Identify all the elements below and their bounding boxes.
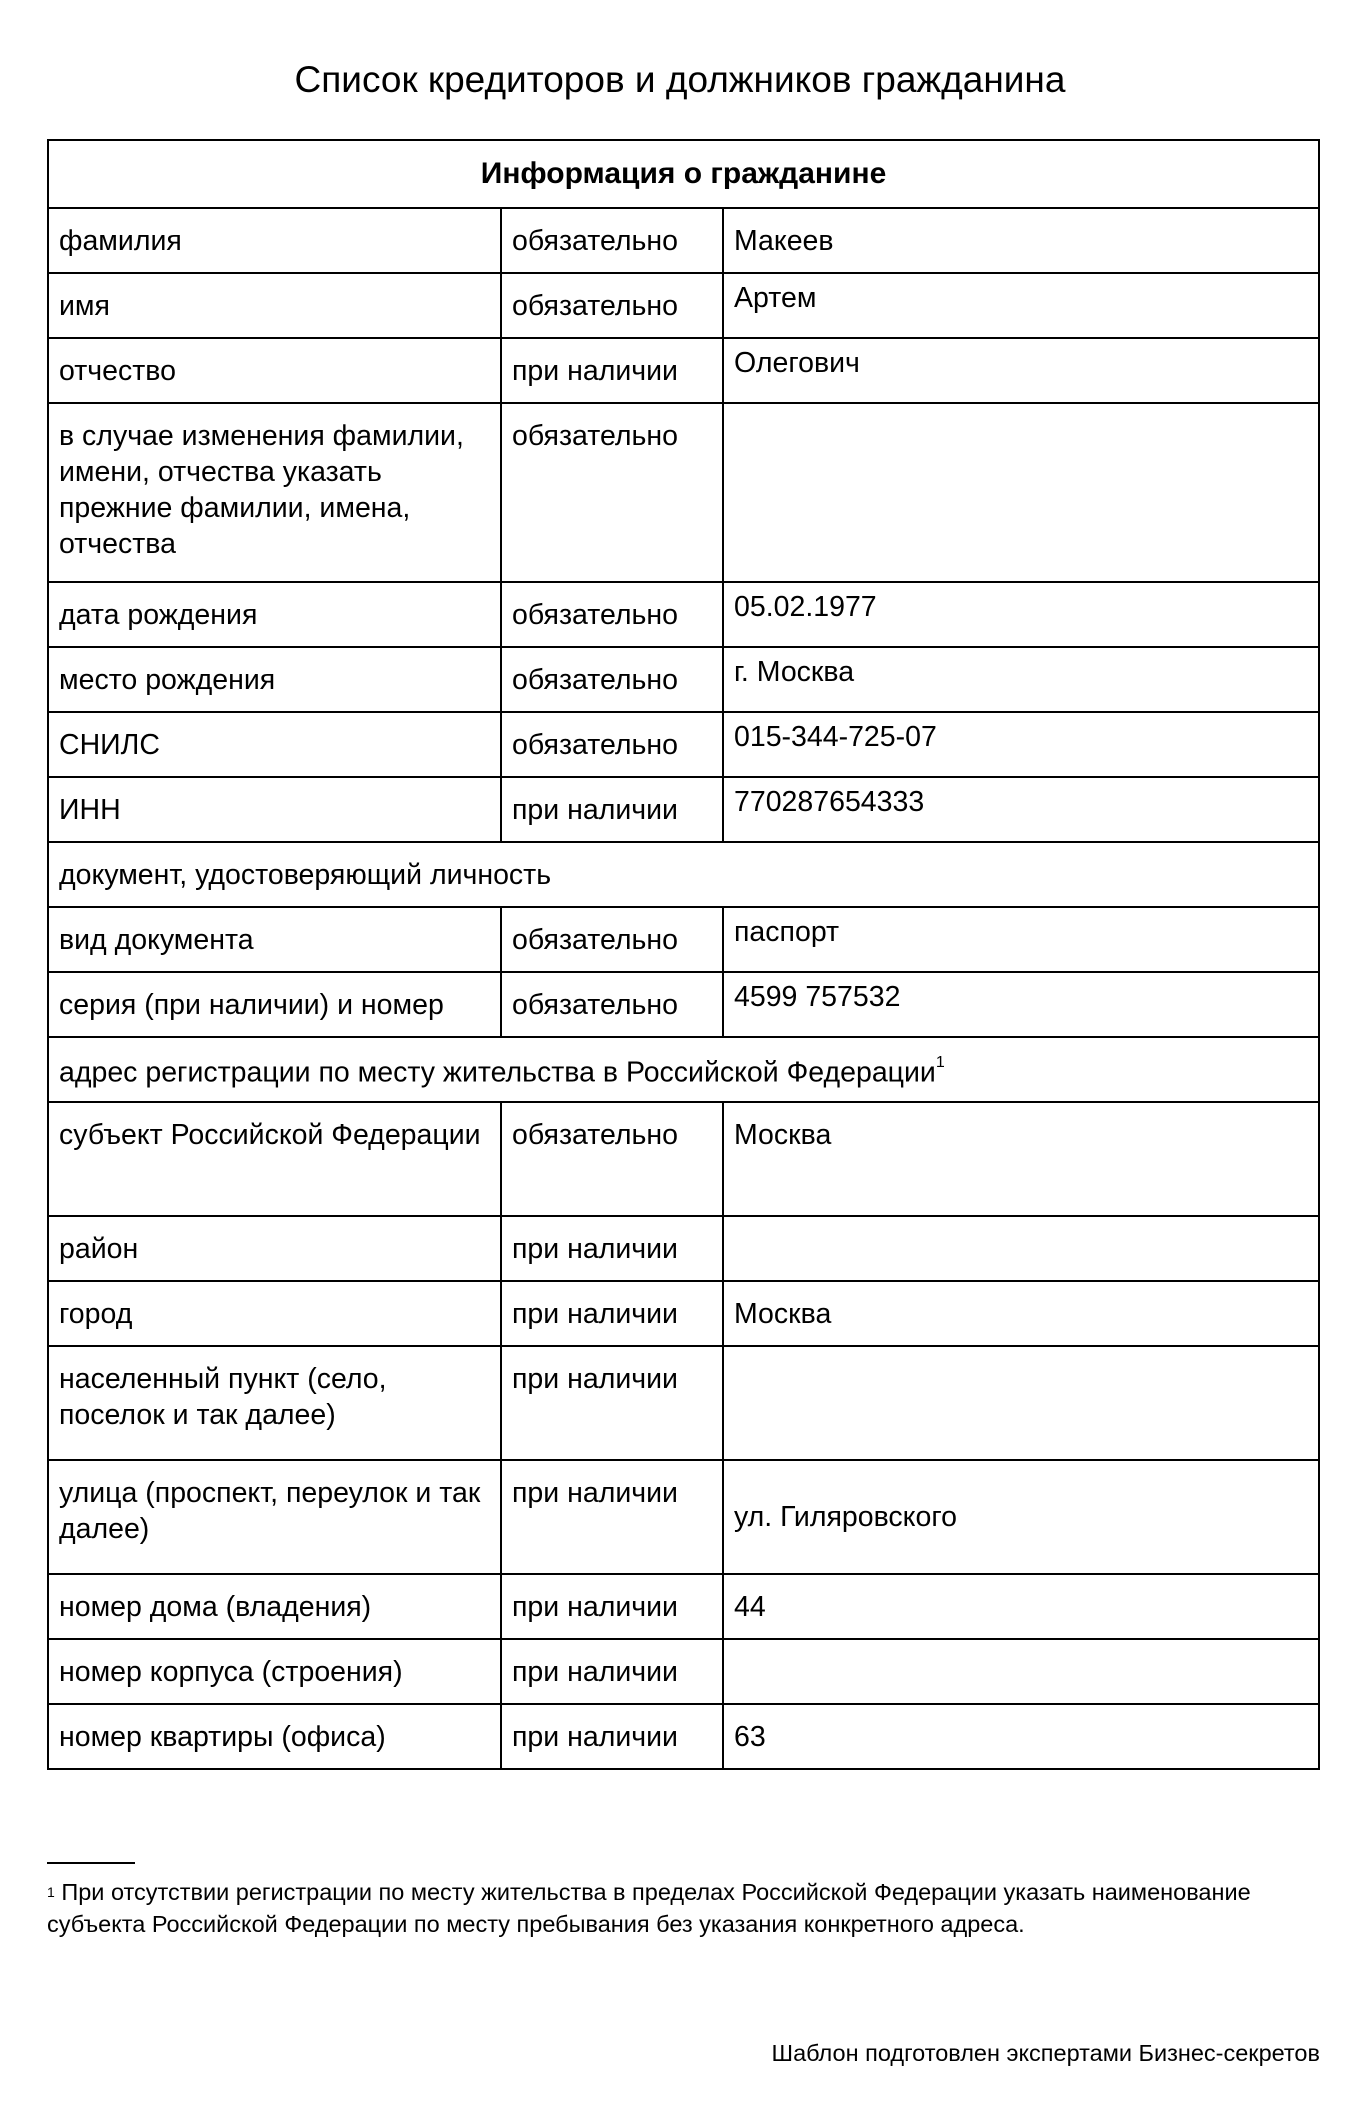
value-text: 015-344-725-07 xyxy=(734,721,937,753)
row-requirement: обязательно xyxy=(501,907,723,972)
row-label: субъект Российской Федерации xyxy=(48,1102,501,1216)
row-value-city[interactable]: Москва xyxy=(723,1281,1319,1346)
row-value-birth-date[interactable]: 05.02.1977 xyxy=(723,582,1319,647)
table-row: дата рождения обязательно 05.02.1977 xyxy=(48,582,1319,647)
row-value-previous-names[interactable] xyxy=(723,403,1319,582)
value-text: Олегович xyxy=(734,347,860,379)
row-label: номер квартиры (офиса) xyxy=(48,1704,501,1769)
row-label: СНИЛС xyxy=(48,712,501,777)
row-label: улица (проспект, переулок и так далее) xyxy=(48,1460,501,1574)
row-requirement: при наличии xyxy=(501,1704,723,1769)
table-row: в случае изменения фамилии, имени, отчес… xyxy=(48,403,1319,582)
value-text: 05.02.1977 xyxy=(734,591,877,623)
table-row: место рождения обязательно г. Москва xyxy=(48,647,1319,712)
value-text: 770287654333 xyxy=(734,786,924,818)
footnote-reference[interactable]: 1 xyxy=(936,1054,945,1071)
row-label: вид документа xyxy=(48,907,501,972)
row-requirement: при наличии xyxy=(501,1574,723,1639)
section-title-text: адрес регистрации по месту жительства в … xyxy=(59,1056,936,1088)
value-text: 4599 757532 xyxy=(734,981,900,1013)
row-requirement: обязательно xyxy=(501,208,723,273)
row-label: номер дома (владения) xyxy=(48,1574,501,1639)
row-value-inn[interactable]: 770287654333 xyxy=(723,777,1319,842)
footnote-marker: 1 xyxy=(47,1884,55,1900)
table-row: район при наличии xyxy=(48,1216,1319,1281)
row-value-region[interactable]: Москва xyxy=(723,1102,1319,1216)
footnote-separator xyxy=(47,1862,135,1864)
section-title-identity-document: документ, удостоверяющий личность xyxy=(48,842,1319,907)
row-value-document-number[interactable]: 4599 757532 xyxy=(723,972,1319,1037)
row-requirement: при наличии xyxy=(501,338,723,403)
table-row: улица (проспект, переулок и так далее) п… xyxy=(48,1460,1319,1574)
table-row: серия (при наличии) и номер обязательно … xyxy=(48,972,1319,1037)
row-label: фамилия xyxy=(48,208,501,273)
row-requirement: обязательно xyxy=(501,1102,723,1216)
row-label: дата рождения xyxy=(48,582,501,647)
row-label: имя xyxy=(48,273,501,338)
value-text: паспорт xyxy=(734,916,839,948)
row-value-document-type[interactable]: паспорт xyxy=(723,907,1319,972)
row-label: серия (при наличии) и номер xyxy=(48,972,501,1037)
row-value-apartment[interactable]: 63 xyxy=(723,1704,1319,1769)
table-row: субъект Российской Федерации обязательно… xyxy=(48,1102,1319,1216)
row-requirement: обязательно xyxy=(501,972,723,1037)
row-label: номер корпуса (строения) xyxy=(48,1639,501,1704)
row-value-birth-place[interactable]: г. Москва xyxy=(723,647,1319,712)
table-row: номер корпуса (строения) при наличии xyxy=(48,1639,1319,1704)
row-label: город xyxy=(48,1281,501,1346)
table-row: номер квартиры (офиса) при наличии 63 xyxy=(48,1704,1319,1769)
table-row: населенный пункт (село, поселок и так да… xyxy=(48,1346,1319,1460)
value-text: Артем xyxy=(734,282,816,314)
row-requirement: обязательно xyxy=(501,647,723,712)
row-value-street[interactable]: ул. Гиляровского xyxy=(723,1460,1319,1574)
table-row: ИНН при наличии 770287654333 xyxy=(48,777,1319,842)
row-value-first-name[interactable]: Артем xyxy=(723,273,1319,338)
row-requirement: при наличии xyxy=(501,1346,723,1460)
table-row: СНИЛС обязательно 015-344-725-07 xyxy=(48,712,1319,777)
section-title-address: адрес регистрации по месту жительства в … xyxy=(48,1037,1319,1102)
table-row: номер дома (владения) при наличии 44 xyxy=(48,1574,1319,1639)
row-value-snils[interactable]: 015-344-725-07 xyxy=(723,712,1319,777)
document-title: Список кредиторов и должников гражданина xyxy=(0,56,1360,104)
table-row: город при наличии Москва xyxy=(48,1281,1319,1346)
row-value-building[interactable] xyxy=(723,1639,1319,1704)
section-row: документ, удостоверяющий личность xyxy=(48,842,1319,907)
row-requirement: при наличии xyxy=(501,1639,723,1704)
footnote: 1 При отсутствии регистрации по месту жи… xyxy=(47,1878,1327,1939)
footnote-text: При отсутствии регистрации по месту жите… xyxy=(47,1879,1251,1937)
row-requirement: обязательно xyxy=(501,273,723,338)
row-requirement: при наличии xyxy=(501,1460,723,1574)
row-value-surname[interactable]: Макеев xyxy=(723,208,1319,273)
row-requirement: при наличии xyxy=(501,777,723,842)
section-row: адрес регистрации по месту жительства в … xyxy=(48,1037,1319,1102)
row-value-house[interactable]: 44 xyxy=(723,1574,1319,1639)
table-row: отчество при наличии Олегович xyxy=(48,338,1319,403)
row-label: в случае изменения фамилии, имени, отчес… xyxy=(48,403,501,582)
row-requirement: обязательно xyxy=(501,712,723,777)
row-requirement: при наличии xyxy=(501,1216,723,1281)
table-row: имя обязательно Артем xyxy=(48,273,1319,338)
table-row: фамилия обязательно Макеев xyxy=(48,208,1319,273)
row-value-district[interactable] xyxy=(723,1216,1319,1281)
row-value-settlement[interactable] xyxy=(723,1346,1319,1460)
table-row: вид документа обязательно паспорт xyxy=(48,907,1319,972)
value-text: г. Москва xyxy=(734,656,854,688)
table-header-row: Информация о гражданине xyxy=(48,140,1319,208)
template-credit: Шаблон подготовлен экспертами Бизнес-сек… xyxy=(772,2038,1320,2068)
row-label: район xyxy=(48,1216,501,1281)
row-label: место рождения xyxy=(48,647,501,712)
table-header: Информация о гражданине xyxy=(48,140,1319,208)
row-label: населенный пункт (село, поселок и так да… xyxy=(48,1346,501,1460)
row-label: ИНН xyxy=(48,777,501,842)
row-label: отчество xyxy=(48,338,501,403)
row-value-patronymic[interactable]: Олегович xyxy=(723,338,1319,403)
row-requirement: обязательно xyxy=(501,403,723,582)
citizen-info-table: Информация о гражданине фамилия обязател… xyxy=(47,139,1320,1770)
row-requirement: обязательно xyxy=(501,582,723,647)
row-requirement: при наличии xyxy=(501,1281,723,1346)
